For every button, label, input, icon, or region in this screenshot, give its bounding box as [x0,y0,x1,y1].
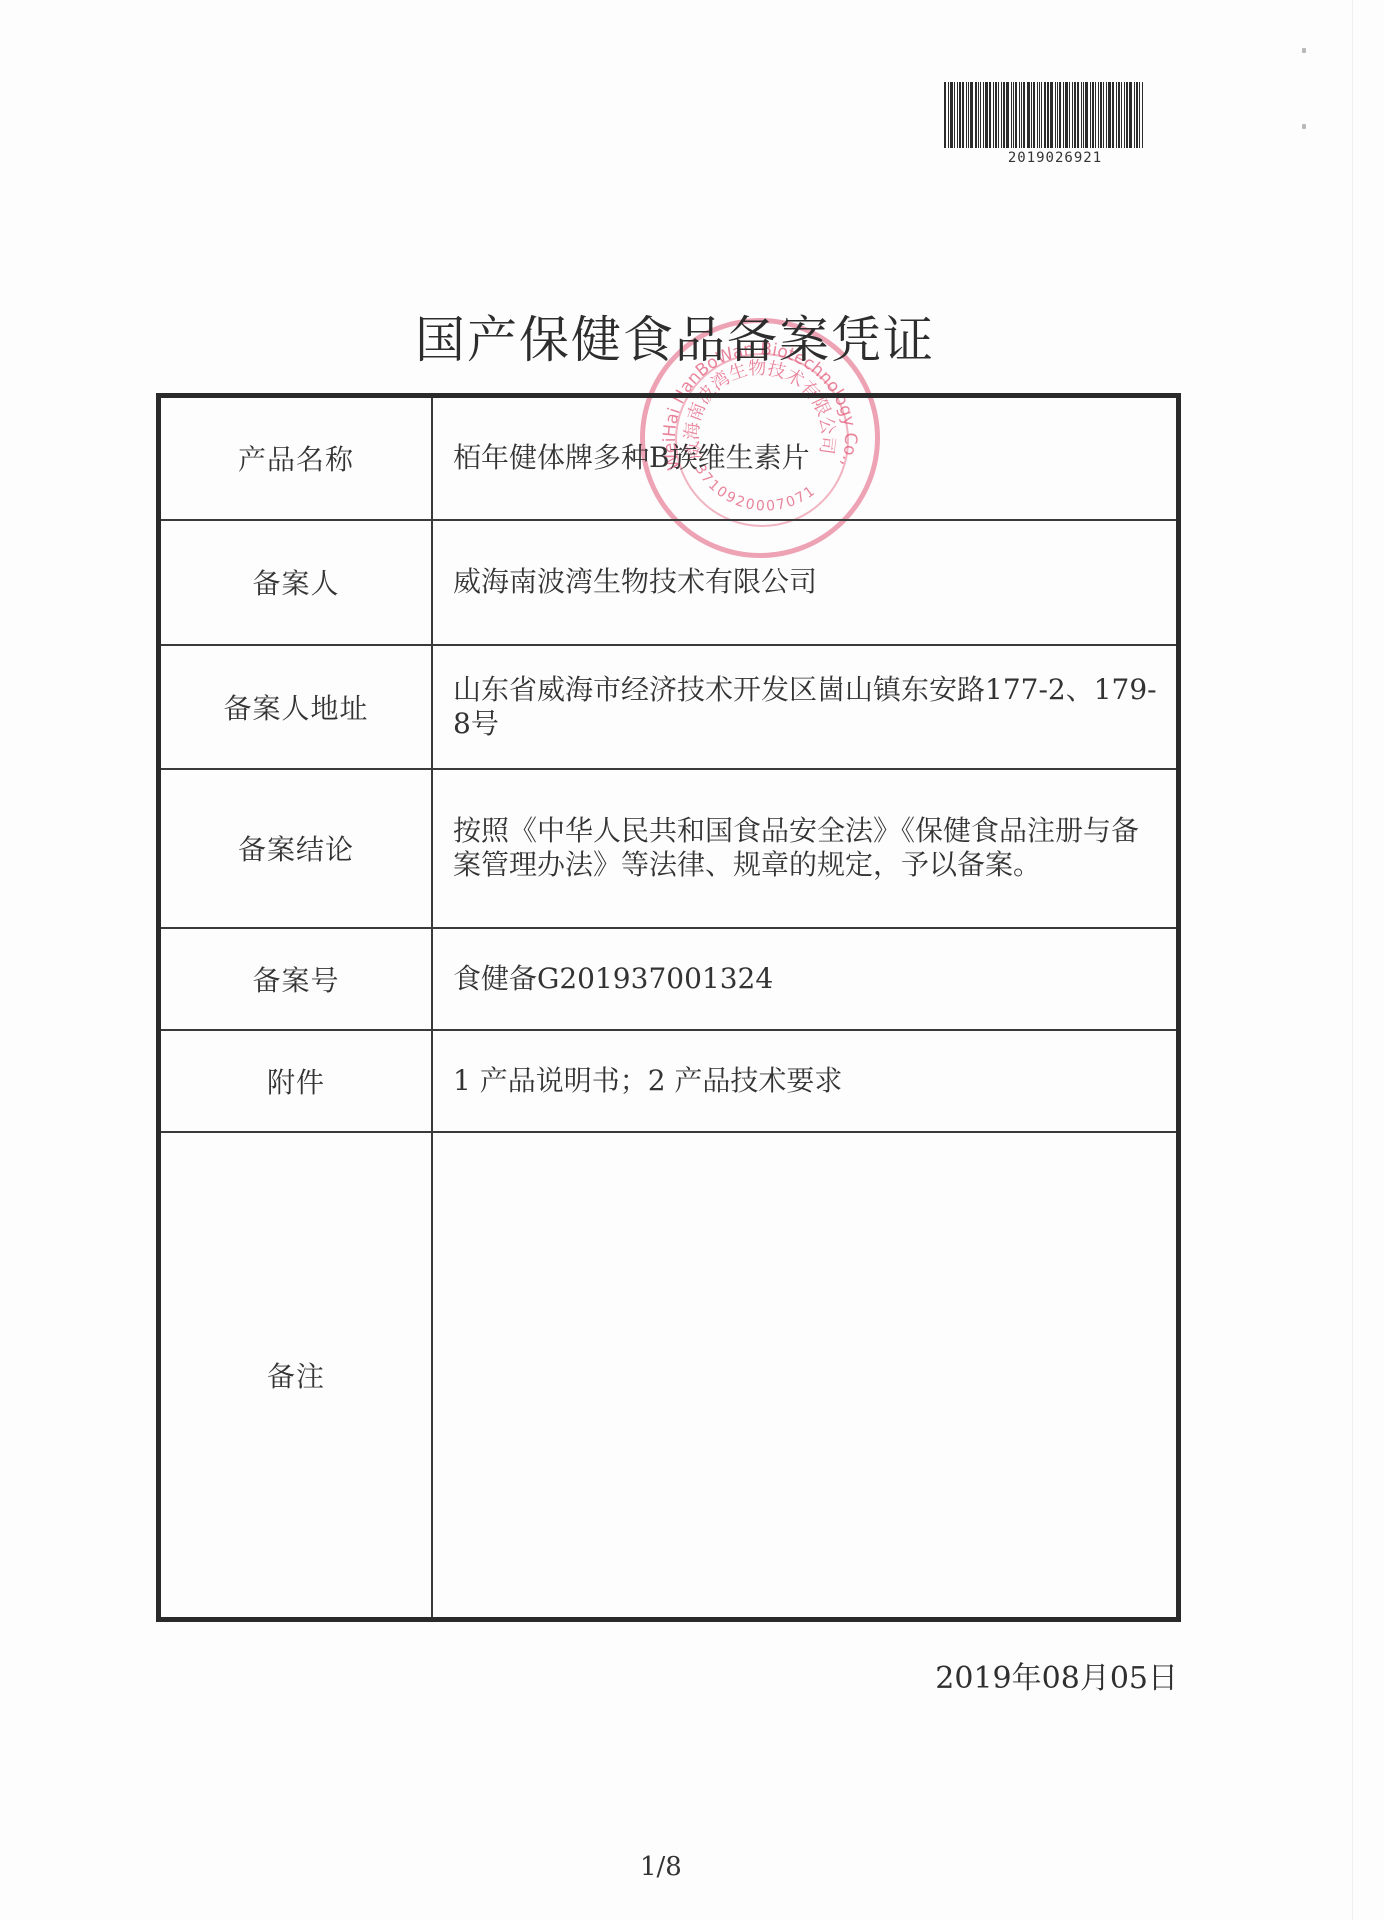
barcode: 2019026921 [944,82,1166,152]
page-title: 国产保健食品备案凭证 [415,300,935,372]
barcode-bar [1057,82,1058,148]
barcode-bar [983,82,984,148]
barcode-bar [1100,82,1102,148]
barcode-number: 2019026921 [944,150,1166,166]
barcode-bar [1077,82,1079,148]
barcode-bar [1092,82,1094,148]
barcode-bar [1103,82,1104,148]
scan-speck [1302,48,1306,53]
barcode-bar [1050,82,1053,148]
table-row: 备案号 食健备G201937001324 [159,928,1179,1030]
row-value-conclusion: 按照《中华人民共和国食品安全法》《保健食品注册与备案管理办法》等法律、规章的规定… [432,769,1179,928]
barcode-bar [1129,82,1132,148]
row-value-record-number: 食健备G201937001324 [432,928,1179,1030]
barcode-bar [1108,82,1111,148]
barcode-bar [975,82,977,148]
row-label-registrant: 备案人 [159,520,433,645]
barcode-bar [966,82,967,148]
barcode-bar [954,82,955,148]
barcode-bar [1037,82,1038,148]
barcode-bar [962,82,964,148]
barcode-bar [1059,82,1061,148]
barcode-bar [1134,82,1135,148]
barcode-bar [1041,82,1042,148]
barcode-bar [1069,82,1070,148]
barcode-bar [1139,82,1140,148]
barcode-bar [978,82,979,148]
page-number: 1/8 [640,1852,682,1882]
barcode-bar [970,82,973,148]
row-value-address: 山东省威海市经济技术开发区崮山镇东安路177-2、179-8号 [432,645,1179,769]
barcode-bar [950,82,953,148]
barcode-bar [1039,82,1040,148]
row-label-remarks: 备注 [159,1132,433,1620]
barcode-bar [1121,82,1122,148]
barcode-bar [1072,82,1073,148]
barcode-bar [1047,82,1049,148]
issue-date: 2019年08月05日 [935,1653,1178,1697]
barcode-bar [1081,82,1082,148]
table-row: 备案人 威海南波湾生物技术有限公司 [159,520,1179,645]
scan-speck [1302,124,1306,129]
barcode-bar [1027,82,1030,148]
row-label-product-name: 产品名称 [159,396,433,520]
barcode-bar [1006,82,1009,148]
barcode-bar [1118,82,1120,148]
barcode-bar [1063,82,1064,148]
certificate-table: 产品名称 栢年健体牌多种B族维生素片 备案人 威海南波湾生物技术有限公司 备案人… [156,393,1181,1622]
barcode-bar [998,82,999,148]
barcode-bar [1055,82,1056,148]
barcode-bar [1031,82,1032,148]
table-row: 备案结论 按照《中华人民共和国食品安全法》《保健食品注册与备案管理办法》等法律、… [159,769,1179,928]
row-label-address: 备案人地址 [159,645,433,769]
row-label-conclusion: 备案结论 [159,769,433,928]
barcode-bar [1098,82,1099,148]
barcode-bar [980,82,981,148]
barcode-bar [968,82,969,148]
barcode-bar [1011,82,1012,148]
barcode-bar [1065,82,1068,148]
table-row: 附件 1 产品说明书；2 产品技术要求 [159,1030,1179,1132]
table-row: 产品名称 栢年健体牌多种B族维生素片 [159,396,1179,520]
barcode-bar [1090,82,1091,148]
barcode-bar [1126,82,1128,148]
barcode-bar [1001,82,1002,148]
row-value-registrant: 威海南波湾生物技术有限公司 [432,520,1179,645]
barcode-bar [1112,82,1114,148]
row-label-record-number: 备案号 [159,928,433,1030]
row-value-attachments: 1 产品说明书；2 产品技术要求 [432,1030,1179,1132]
barcode-bar [1033,82,1035,148]
page-edge [1352,0,1353,1920]
table-row: 备注 [159,1132,1179,1620]
barcode-bar [995,82,997,148]
barcode-bar [1019,82,1020,148]
barcode-bar [989,82,991,148]
barcode-bar [1124,82,1125,148]
barcode-bar [959,82,961,148]
barcode-bar [1013,82,1014,148]
barcode-bar [1003,82,1005,148]
barcode-bar [1106,82,1107,148]
barcode-bars [944,82,1166,148]
barcode-bar [1136,82,1138,148]
barcode-bar [948,82,949,148]
row-value-product-name: 栢年健体牌多种B族维生素片 [432,396,1179,520]
barcode-bar [944,82,946,148]
barcode-bar [1116,82,1117,148]
row-label-attachments: 附件 [159,1030,433,1132]
barcode-bar [993,82,994,148]
barcode-bar [1142,82,1143,148]
barcode-bar [1074,82,1076,148]
barcode-bar [1021,82,1022,148]
barcode-bar [1023,82,1025,148]
barcode-bar [1015,82,1017,148]
barcode-bar [957,82,958,148]
barcode-bar [985,82,988,148]
barcode-bar [1085,82,1088,148]
table-row: 备案人地址 山东省威海市经济技术开发区崮山镇东安路177-2、179-8号 [159,645,1179,769]
barcode-bar [1095,82,1096,148]
row-value-remarks [432,1132,1179,1620]
barcode-bar [1044,82,1046,148]
barcode-bar [1083,82,1084,148]
